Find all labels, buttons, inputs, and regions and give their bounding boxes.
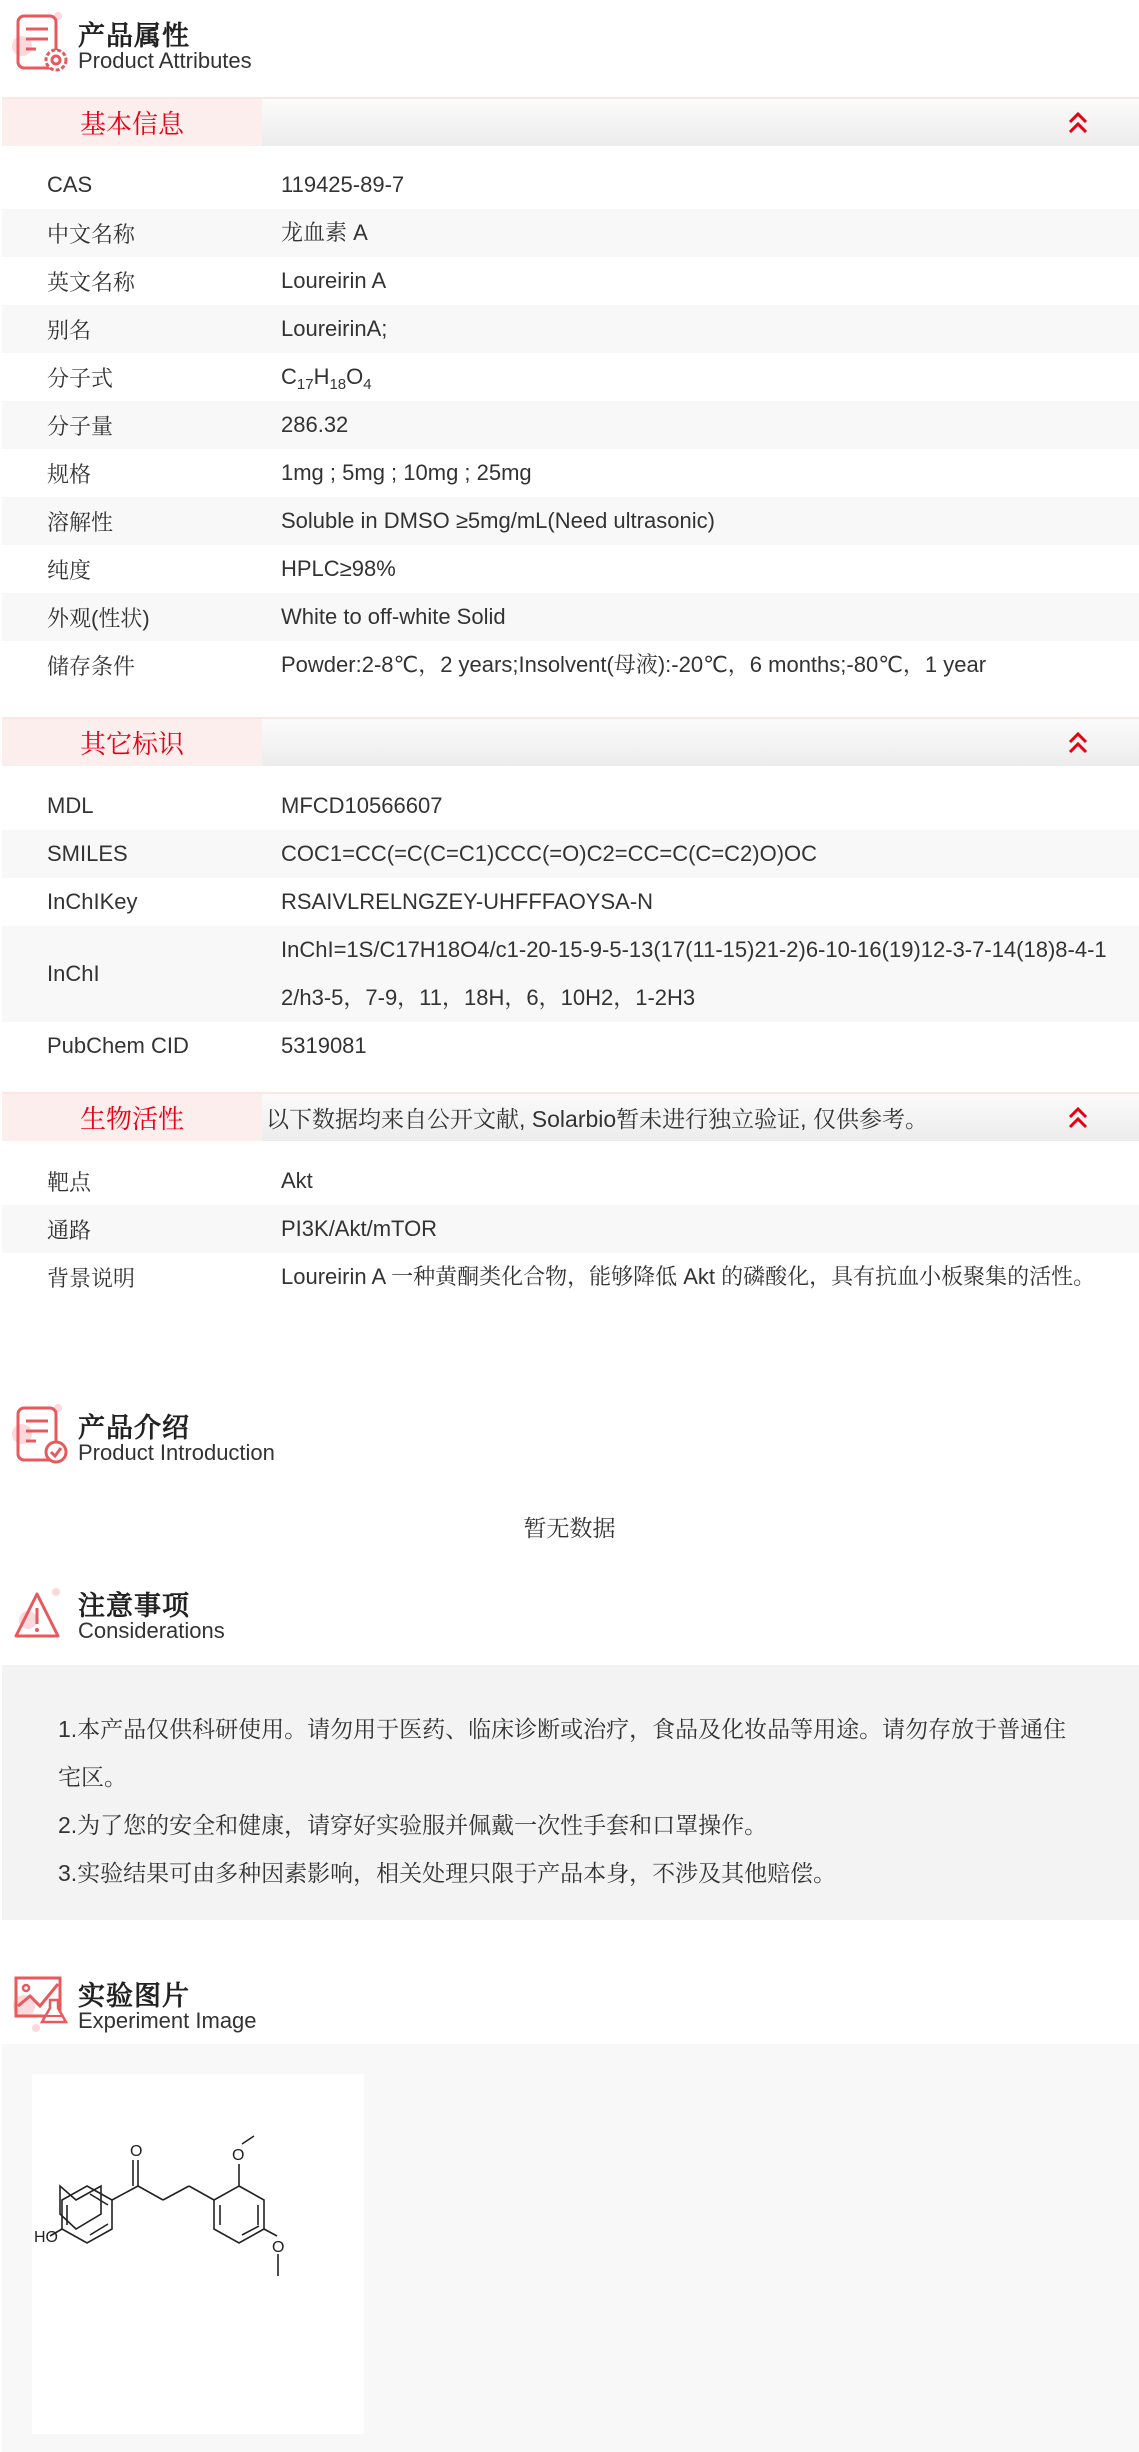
table-row: 靶点Akt: [2, 1157, 1139, 1205]
row-value: MFCD10566607: [281, 782, 472, 830]
table-row: 通路PI3K/Akt/mTOR: [2, 1205, 1139, 1253]
table-row: SMILESCOC1=CC(=C(C=C1)CCC(=O)C2=CC=C(C=C…: [2, 830, 1139, 878]
row-value: InChI=1S/C17H18O4/c1-20-15-9-5-13(17(11-…: [281, 926, 1139, 1022]
section-header-introduction: 产品介绍 Product Introduction: [0, 1404, 600, 1474]
basic-info-bar[interactable]: 基本信息: [2, 97, 1139, 146]
row-key: 分子式: [47, 362, 113, 393]
bio-activity-bar[interactable]: 生物活性 以下数据均来自公开文献, Solarbio暂未进行独立验证, 仅供参考…: [2, 1092, 1139, 1141]
section-subtitle: Product Introduction: [78, 1440, 275, 1466]
table-row: InChIKeyRSAIVLRELNGZEY-UHFFFAOYSA-N: [2, 878, 1139, 926]
row-key: 英文名称: [47, 266, 135, 297]
bio-activity-label: 生物活性: [2, 1094, 262, 1141]
svg-text:O: O: [272, 2239, 284, 2256]
table-row: 英文名称Loureirin A: [2, 257, 1139, 305]
row-value: 119425-89-7: [281, 161, 434, 209]
svg-text:O: O: [130, 2143, 142, 2160]
row-key: 纯度: [47, 554, 91, 585]
table-row: InChIInChI=1S/C17H18O4/c1-20-15-9-5-13(1…: [2, 926, 1139, 1022]
table-row: 别名LoureirinA;: [2, 305, 1139, 353]
row-value: 龙血素 A: [281, 209, 398, 257]
row-value: Powder:2-8℃，2 years;Insolvent(母液):-20℃，6…: [281, 641, 1016, 689]
row-key: 通路: [47, 1214, 91, 1245]
row-key: InChI: [47, 961, 100, 987]
table-row: MDLMFCD10566607: [2, 782, 1139, 830]
row-key: SMILES: [47, 841, 128, 867]
table-row: 分子式 C17H18O4: [2, 353, 1139, 401]
disclaimer-note: 以下数据均来自公开文献, Solarbio暂未进行独立验证, 仅供参考。: [266, 1094, 928, 1141]
row-key: 外观(性状): [47, 602, 150, 633]
svg-text:HO: HO: [34, 2229, 58, 2246]
row-key: 中文名称: [47, 218, 135, 249]
row-value: 286.32: [281, 401, 378, 449]
structure-image[interactable]: HO O O O: [32, 2074, 364, 2434]
row-value: White to off-white Solid: [281, 593, 536, 641]
section-subtitle: Considerations: [78, 1618, 225, 1644]
section-subtitle: Product Attributes: [78, 48, 252, 74]
row-value: PI3K/Akt/mTOR: [281, 1205, 467, 1253]
double-chevron-up-icon[interactable]: [1067, 111, 1089, 135]
row-value: Akt: [281, 1157, 343, 1205]
row-key: MDL: [47, 793, 93, 819]
basic-info-table: CAS119425-89-7 中文名称龙血素 A 英文名称Loureirin A…: [2, 161, 1139, 689]
experiment-image-area: HO O O O: [2, 2044, 1139, 2452]
row-value: Loureirin A 一种黄酮类化合物，能够降低 Akt 的磷酸化，具有抗血小…: [281, 1253, 1125, 1301]
row-value: 5319081: [281, 1022, 397, 1070]
consideration-item: 2.为了您的安全和健康，请穿好实验服并佩戴一次性手套和口罩操作。: [58, 1801, 1081, 1849]
table-row: 规格1mg ; 5mg ; 10mg ; 25mg: [2, 449, 1139, 497]
table-row: 分子量286.32: [2, 401, 1139, 449]
document-gear-icon: [10, 12, 68, 74]
other-ids-bar[interactable]: 其它标识: [2, 717, 1139, 766]
empty-state-text: 暂无数据: [0, 1510, 1139, 1543]
table-row: 背景说明Loureirin A 一种黄酮类化合物，能够降低 Akt 的磷酸化，具…: [2, 1253, 1139, 1301]
table-row: PubChem CID5319081: [2, 1022, 1139, 1070]
row-value: Loureirin A: [281, 257, 416, 305]
table-row: 纯度HPLC≥98%: [2, 545, 1139, 593]
table-row: 外观(性状)White to off-white Solid: [2, 593, 1139, 641]
row-key: 规格: [47, 458, 91, 489]
row-key: CAS: [47, 172, 92, 198]
basic-info-label: 基本信息: [2, 99, 262, 146]
row-key: InChIKey: [47, 889, 138, 915]
row-value: HPLC≥98%: [281, 545, 426, 593]
consideration-item: 1.本产品仅供科研使用。请勿用于医药、临床诊断或治疗，食品及化妆品等用途。请勿存…: [58, 1705, 1081, 1801]
svg-text:O: O: [232, 2147, 244, 2164]
table-row: 储存条件Powder:2-8℃，2 years;Insolvent(母液):-2…: [2, 641, 1139, 689]
consideration-item: 3.实验结果可由多种因素影响，相关处理只限于产品本身，不涉及其他赔偿。: [58, 1849, 1081, 1897]
row-key: 背景说明: [47, 1262, 135, 1293]
section-header-attributes: 产品属性 Product Attributes: [0, 12, 600, 82]
other-ids-table: MDLMFCD10566607 SMILESCOC1=CC(=C(C=C1)CC…: [2, 782, 1139, 1070]
double-chevron-up-icon[interactable]: [1067, 1106, 1089, 1130]
section-header-experiment: 实验图片 Experiment Image: [0, 1972, 600, 2042]
double-chevron-up-icon[interactable]: [1067, 731, 1089, 755]
other-ids-label: 其它标识: [2, 719, 262, 766]
row-value: COC1=CC(=C(C=C1)CCC(=O)C2=CC=C(C=C2)O)OC: [281, 830, 847, 878]
row-key: 储存条件: [47, 650, 135, 681]
section-header-considerations: 注意事项 Considerations: [0, 1582, 600, 1652]
table-row: CAS119425-89-7: [2, 161, 1139, 209]
row-key: 靶点: [47, 1166, 91, 1197]
considerations-box: 1.本产品仅供科研使用。请勿用于医药、临床诊断或治疗，食品及化妆品等用途。请勿存…: [2, 1665, 1139, 1920]
row-value: RSAIVLRELNGZEY-UHFFFAOYSA-N: [281, 878, 683, 926]
row-value: LoureirinA;: [281, 305, 417, 353]
molecular-formula: C17H18O4: [281, 353, 402, 401]
row-value: Soluble in DMSO ≥5mg/mL(Need ultrasonic): [281, 497, 745, 545]
row-value: 1mg ; 5mg ; 10mg ; 25mg: [281, 449, 562, 497]
chemical-structure-drawing: HO O O O: [32, 2074, 364, 2434]
table-row: 溶解性Soluble in DMSO ≥5mg/mL(Need ultrason…: [2, 497, 1139, 545]
warning-triangle-icon: [10, 1582, 68, 1644]
row-key: 溶解性: [47, 506, 113, 537]
row-key: 分子量: [47, 410, 113, 441]
image-flask-icon: [10, 1972, 68, 2034]
bio-activity-table: 靶点Akt 通路PI3K/Akt/mTOR 背景说明Loureirin A 一种…: [2, 1157, 1139, 1301]
table-row: 中文名称龙血素 A: [2, 209, 1139, 257]
row-key: PubChem CID: [47, 1033, 189, 1059]
row-key: 别名: [47, 314, 91, 345]
document-check-icon: [10, 1404, 68, 1466]
section-subtitle: Experiment Image: [78, 2008, 257, 2034]
